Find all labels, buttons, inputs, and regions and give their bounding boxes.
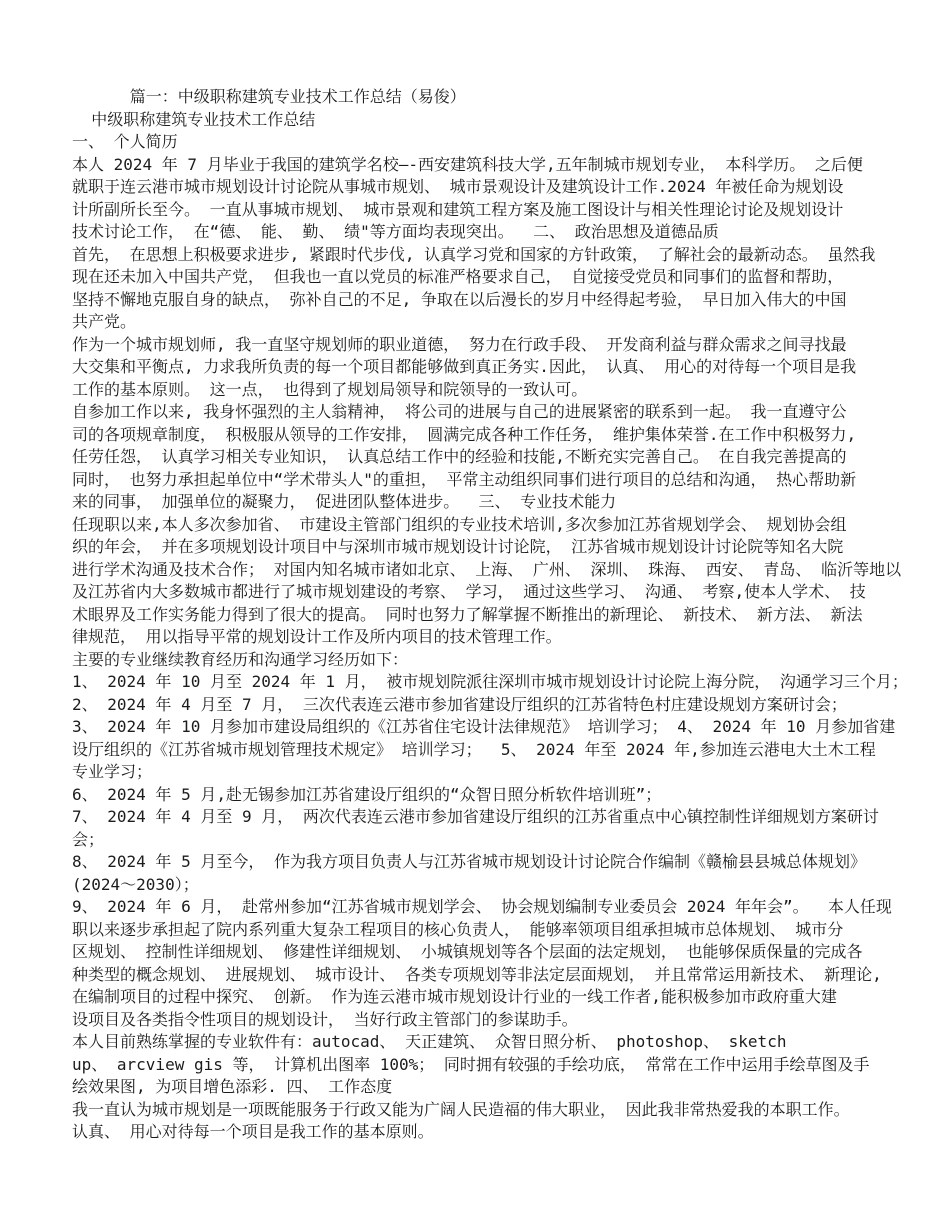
text-line: 现在还未加入中国共产党， 但我也一直以党员的标准严格要求自己， 自觉接受党员和同…: [72, 266, 948, 289]
text-line: 首先， 在思想上积极要求进步, 紧跟时代步伐, 认真学习党和国家的方针政策， 了…: [72, 244, 948, 267]
text-line: 会；: [72, 829, 948, 852]
text-line: 共产党。: [72, 311, 948, 334]
text-line: 6、 2024 年 5 月,赴无锡参加江苏省建设厅组织的“众智日照分析软件培训班…: [72, 784, 948, 807]
text-line: (2024～2030）；: [72, 874, 948, 897]
text-line: 7、 2024 年 4 月至 9 月， 两次代表连云港市参加省建设厅组织的江苏省…: [72, 806, 948, 829]
text-line: 一、 个人简历: [72, 131, 948, 154]
text-line: 计所副所长至今。 一直从事城市规划、 城市景观和建筑工程方案及施工图设计与相关性…: [72, 199, 948, 222]
text-line: 主要的专业继续教育经历和沟通学习经历如下：: [72, 649, 948, 672]
text-line: 职以来逐步承担起了院内系列重大复杂工程项目的核心负责人， 能够率领项目组承担城市…: [72, 919, 948, 942]
text-line: 认真、 用心对待每一个项目是我工作的基本原则。: [72, 1121, 948, 1144]
text-line: 本人目前熟练掌握的专业软件有：autocad、 天正建筑、 众智日照分析、 ph…: [72, 1031, 948, 1054]
text-line: 3、 2024 年 10 月参加市建设局组织的《江苏省住宅设计法律规范》 培训学…: [72, 716, 948, 739]
text-line: 设项目及各类指令性项目的规划设计， 当好行政主管部门的参谋助手。: [72, 1009, 948, 1032]
text-line: 专业学习；: [72, 761, 948, 784]
document-body: 篇一：中级职称建筑专业技术工作总结（易俊） 中级职称建筑专业技术工作总结一、 个…: [72, 86, 948, 1144]
text-line: 织的年会， 并在多项规划设计项目中与深圳市城市规划设计讨论院， 江苏省城市规划设…: [72, 536, 948, 559]
text-line: 9、 2024 年 6 月， 赴常州参加“江苏省城市规划学会、 协会规划编制专业…: [72, 896, 948, 919]
text-line: 任劳任怨， 认真学习相关专业知识， 认真总结工作中的经验和技能,不断充实完善自己…: [72, 446, 948, 469]
text-line: up、 arcview gis 等， 计算机出图率 100%； 同时拥有较强的手…: [72, 1054, 948, 1077]
text-line: 同时， 也努力承担起单位中“学术带头人"的重担， 平常主动组织同事们进行项目的总…: [72, 469, 948, 492]
text-line: 种类型的概念规划、 进展规划、 城市设计、 各类专项规划等非法定层面规划， 并且…: [72, 964, 948, 987]
text-line: 作为一个城市规划师, 我一直坚守规划师的职业道德， 努力在行政手段、 开发商利益…: [72, 334, 948, 357]
text-line: 来的同事， 加强单位的凝聚力， 促进团队整体进步。 三、 专业技术能力: [72, 491, 948, 514]
text-line: 区规划、 控制性详细规划、 修建性详细规划、 小城镇规划等各个层面的法定规划， …: [72, 941, 948, 964]
text-line: 及江苏省内大多数城市都进行了城市规划建设的考察、 学习， 通过这些学习、 沟通、…: [72, 581, 948, 604]
text-line: 律规范， 用以指导平常的规划设计工作及所内项目的技术管理工作。: [72, 626, 948, 649]
text-line: 技术讨论工作， 在“德、 能、 勤、 绩"等方面均表现突出。 二、 政治思想及道…: [72, 221, 948, 244]
text-line: 工作的基本原则。 这一点， 也得到了规划局领导和院领导的一致认可。: [72, 379, 948, 402]
text-line: 坚持不懈地克服自身的缺点， 弥补自己的不足, 争取在以后漫长的岁月中经得起考验，…: [72, 289, 948, 312]
text-line: 2、 2024 年 4 月至 7 月， 三次代表连云港市参加省建设厅组织的江苏省…: [72, 694, 948, 717]
text-line: 本人 2024 年 7 月毕业于我国的建筑学名校—-西安建筑科技大学,五年制城市…: [72, 154, 948, 177]
text-line: 篇一：中级职称建筑专业技术工作总结（易俊）: [72, 86, 948, 109]
text-line: 1、 2024 年 10 月至 2024 年 1 月， 被市规划院派往深圳市城市…: [72, 671, 948, 694]
text-line: 进行学术沟通及技术合作； 对国内知名城市诸如北京、 上海、 广州、 深圳、 珠海…: [72, 559, 948, 582]
text-line: 任现职以来,本人多次参加省、 市建设主管部门组织的专业技术培训,多次参加江苏省规…: [72, 514, 948, 537]
text-line: 在编制项目的过程中探究、 创新。 作为连云港市城市规划设计行业的一线工作者,能积…: [72, 986, 948, 1009]
text-line: 中级职称建筑专业技术工作总结: [72, 109, 948, 132]
text-line: 自参加工作以来, 我身怀强烈的主人翁精神， 将公司的进展与自己的进展紧密的联系到…: [72, 401, 948, 424]
text-line: 我一直认为城市规划是一项既能服务于行政又能为广阔人民造福的伟大职业， 因此我非常…: [72, 1099, 948, 1122]
text-line: 绘效果图, 为项目增色添彩. 四、 工作态度: [72, 1076, 948, 1099]
text-line: 设厅组织的《江苏省城市规划管理技术规定》 培训学习； 5、 2024 年至 20…: [72, 739, 948, 762]
text-line: 术眼界及工作实务能力得到了很大的提高。 同时也努力了解掌握不断推出的新理论、 新…: [72, 604, 948, 627]
text-line: 8、 2024 年 5 月至今， 作为我方项目负责人与江苏省城市规划设计讨论院合…: [72, 851, 948, 874]
text-line: 司的各项规章制度， 积极服从领导的工作安排， 圆满完成各种工作任务， 维护集体荣…: [72, 424, 948, 447]
document-page: 篇一：中级职称建筑专业技术工作总结（易俊） 中级职称建筑专业技术工作总结一、 个…: [0, 0, 950, 1230]
text-line: 大交集和平衡点, 力求我所负责的每一个项目都能够做到真正务实.因此， 认真、 用…: [72, 356, 948, 379]
text-line: 就职于连云港市城市规划设计讨论院从事城市规划、 城市景观设计及建筑设计工作.20…: [72, 176, 948, 199]
